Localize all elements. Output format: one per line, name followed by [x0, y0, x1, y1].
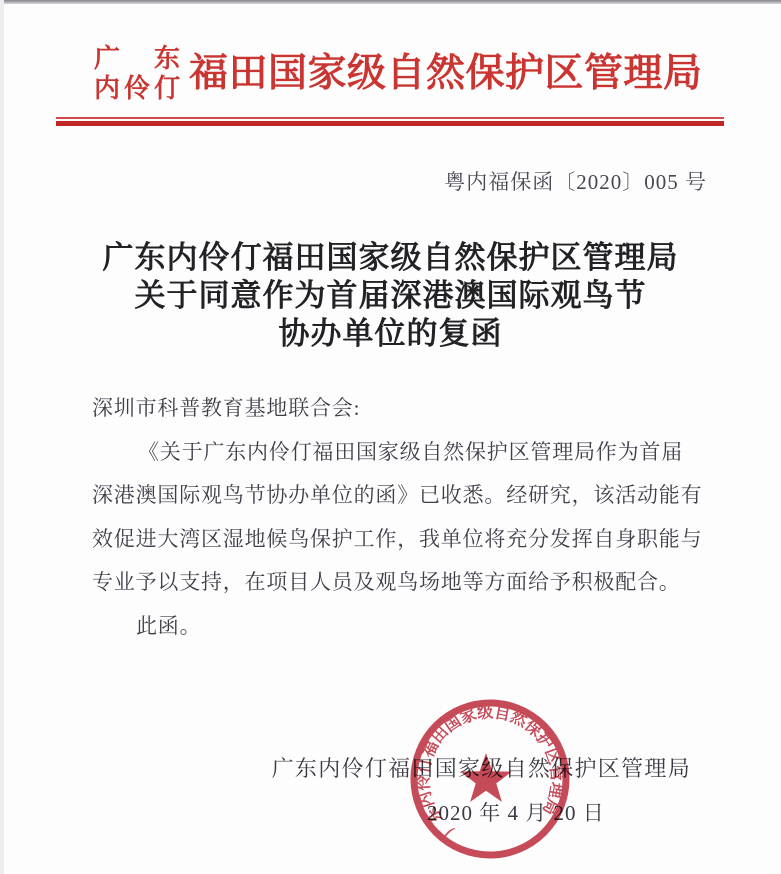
letterhead-org-name: 福田国家级自然保护区管理局: [189, 44, 703, 104]
letterhead-prefix-line2: 内伶仃: [94, 74, 180, 104]
document-number: 粤内福保函〔2020〕005 号: [444, 166, 707, 196]
body-line-1: 《关于广东内伶仃福田国家级自然保护区管理局作为首届: [92, 431, 704, 475]
official-seal: 广东内伶仃福田国家级自然保护区管理局: [399, 688, 581, 870]
document-title: 广东内伶仃福田国家级自然保护区管理局 关于同意作为首届深港澳国际观鸟节 协办单位…: [0, 239, 781, 353]
body-line-2: 深港澳国际观鸟节协办单位的函》已收悉。经研究，该活动能有: [92, 474, 704, 518]
letterhead-prefix: 广东 内伶仃: [94, 44, 180, 104]
letter-body: 深圳市科普教育基地联合会: 《关于广东内伶仃福田国家级自然保护区管理局作为首届 …: [92, 387, 704, 649]
scan-left-edge: [0, 0, 4, 874]
body-line-4: 专业予以支持，在项目人员及观鸟场地等方面给予积极配合。: [92, 561, 704, 605]
letterhead-prefix-line1: 广东: [94, 44, 180, 74]
title-line-1: 广东内伶仃福田国家级自然保护区管理局: [0, 239, 781, 277]
title-line-3: 协办单位的复函: [0, 315, 781, 353]
recipient-line: 深圳市科普教育基地联合会:: [92, 387, 704, 431]
scan-top-edge: [0, 0, 781, 4]
rule-thick-line: [56, 121, 724, 126]
letterhead: 广东 内伶仃 福田国家级自然保护区管理局: [94, 44, 703, 104]
seal-star-icon: [460, 753, 511, 802]
scanned-letter-page: 广东 内伶仃 福田国家级自然保护区管理局 粤内福保函〔2020〕005 号 广东…: [0, 0, 781, 874]
title-line-2: 关于同意作为首届深港澳国际观鸟节: [0, 277, 781, 315]
closing-line: 此函。: [92, 605, 704, 649]
body-line-3: 效促进大湾区湿地候鸟保护工作，我单位将充分发挥自身职能与: [92, 518, 704, 562]
letterhead-separator-rule: [56, 117, 724, 126]
